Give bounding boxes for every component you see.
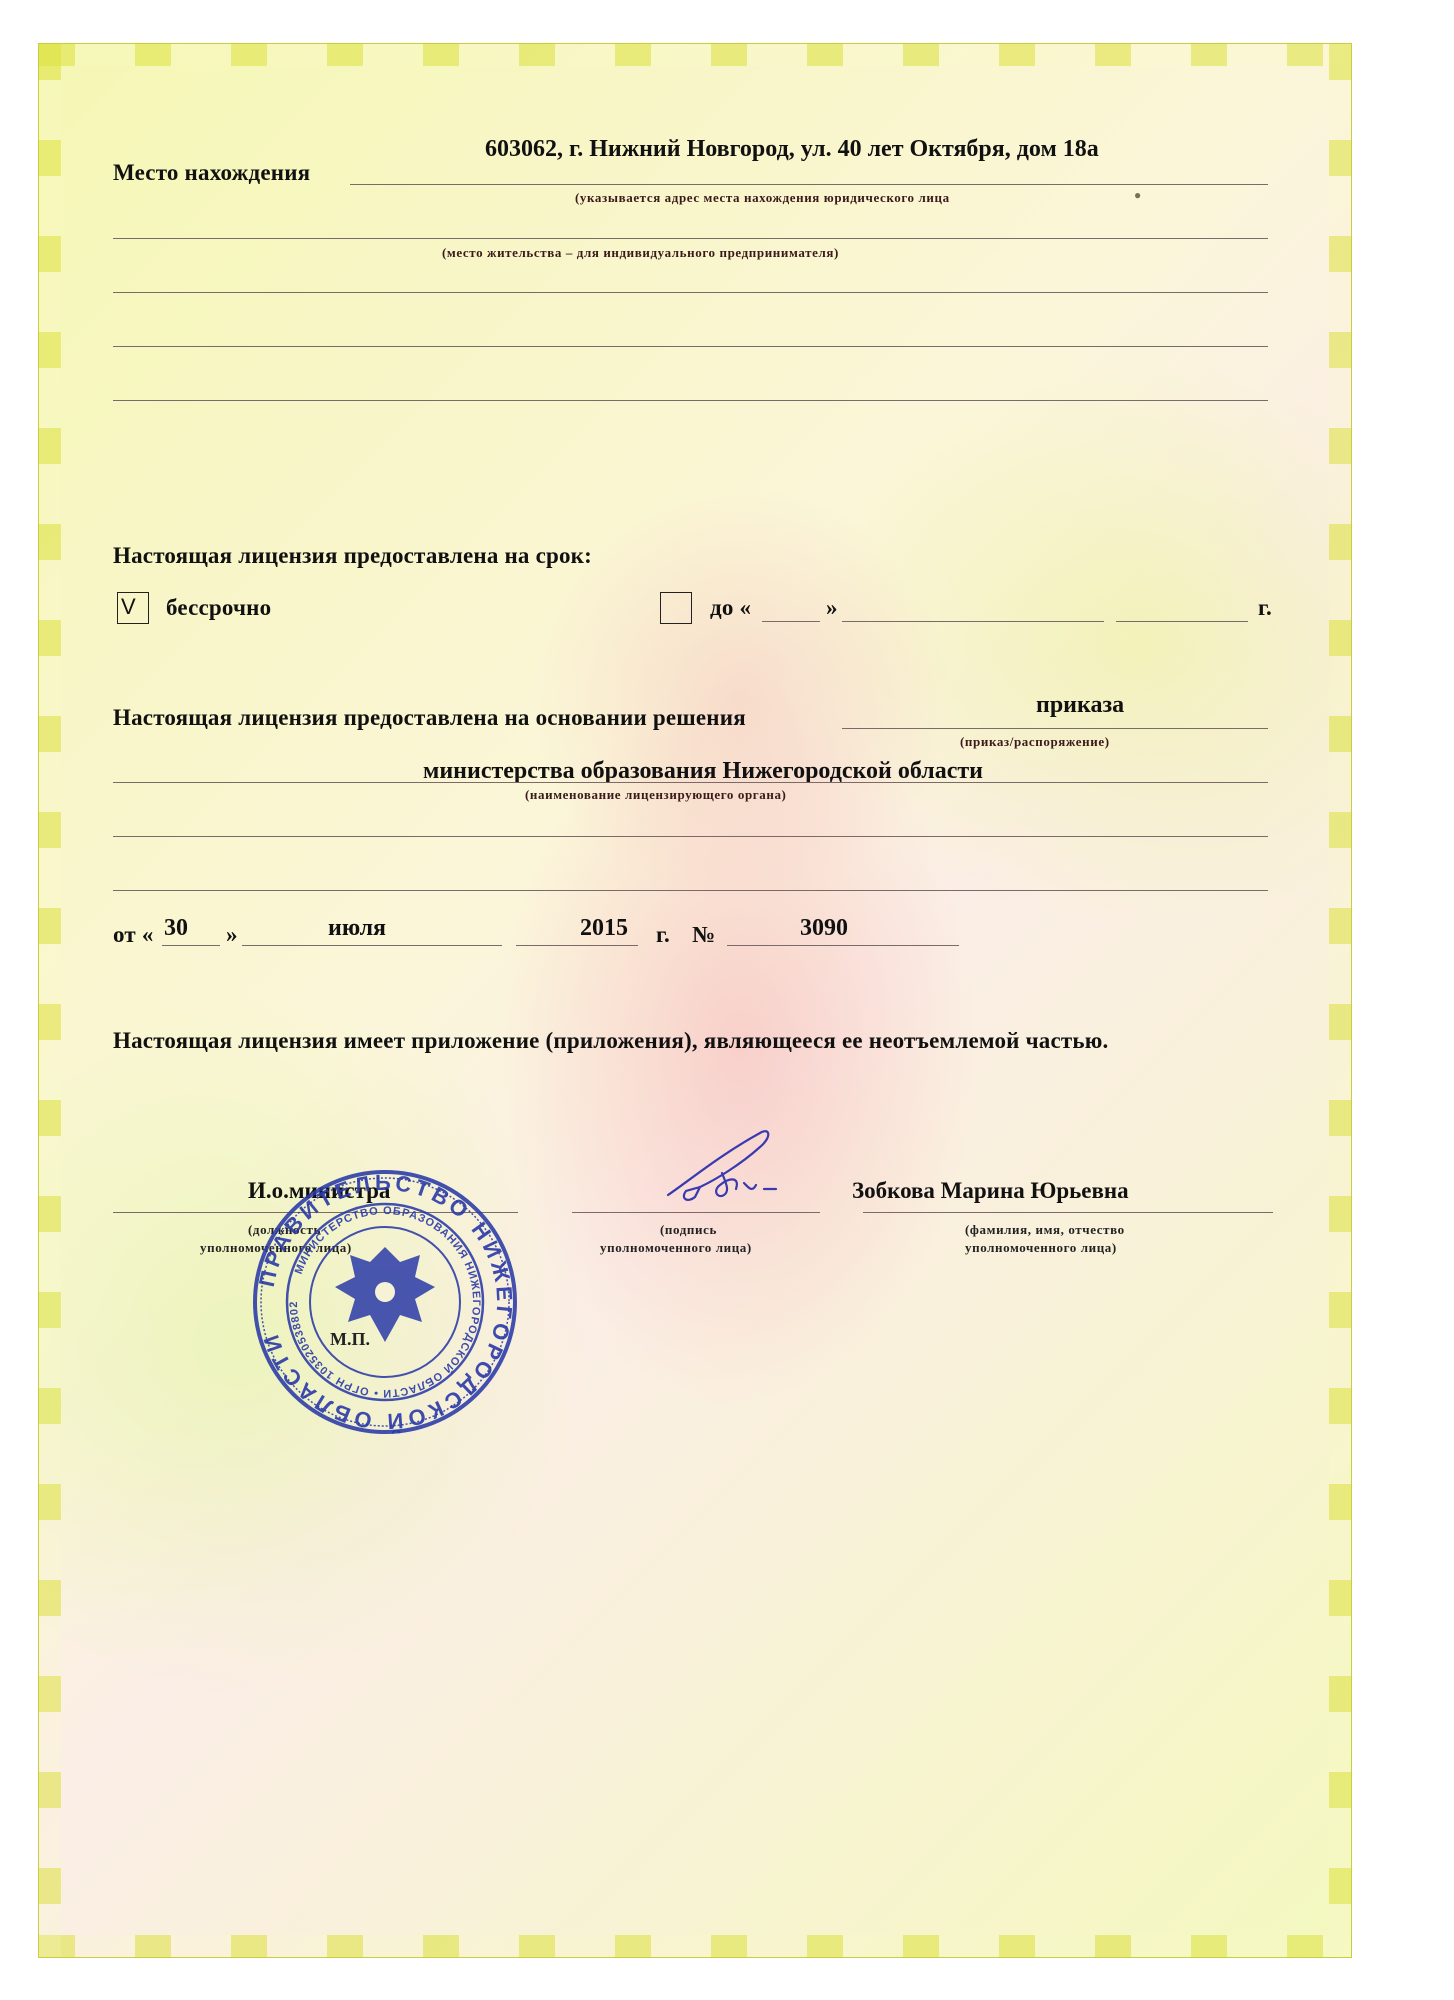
basis-decision-type: приказа (1036, 692, 1124, 719)
basis-decision-line (842, 728, 1268, 729)
order-year-suffix: г. (656, 922, 670, 948)
term-unlimited-label: бессрочно (166, 595, 271, 621)
signature-line (572, 1212, 820, 1213)
term-until-prefix: до « (710, 595, 751, 621)
order-quote-close: » (226, 922, 238, 948)
order-year-line (516, 945, 638, 946)
basis-line-3 (113, 836, 1268, 837)
term-until-checkbox[interactable] (660, 592, 692, 624)
name-hint-2: уполномоченного лица) (965, 1240, 1117, 1256)
term-until-year-line[interactable] (1116, 621, 1248, 622)
location-line-3 (113, 292, 1268, 293)
basis-authority-line (113, 782, 1268, 783)
order-month: июля (328, 915, 386, 942)
license-sheet (38, 43, 1352, 1958)
name-hint-1: (фамилия, имя, отчество (965, 1222, 1125, 1238)
term-until-month-line[interactable] (842, 621, 1104, 622)
order-day: 30 (164, 915, 188, 942)
decorative-border-right (1329, 44, 1351, 1957)
order-number-sign: № (692, 922, 715, 948)
location-value: 603062, г. Нижний Новгород, ул. 40 лет О… (485, 136, 1099, 163)
basis-decision-hint: (приказ/распоряжение) (960, 734, 1110, 750)
order-prefix: от « (113, 922, 154, 948)
signature-hint-2: уполномоченного лица) (600, 1240, 752, 1256)
location-hint-individual: (место жительства – для индивидуального … (442, 245, 839, 261)
handwritten-signature (660, 1125, 780, 1205)
location-line-5 (113, 400, 1268, 401)
order-day-line (162, 945, 220, 946)
name-line (863, 1212, 1273, 1213)
term-until-day-line[interactable] (762, 621, 820, 622)
order-year: 2015 (580, 915, 628, 942)
basis-authority: министерства образования Нижегородской о… (423, 758, 983, 785)
official-seal: ПРАВИТЕЛЬСТВО НИЖЕГОРОДСКОЙ ОБЛАСТИ МИНИ… (250, 1167, 520, 1437)
term-heading: Настоящая лицензия предоставлена на срок… (113, 543, 592, 569)
location-line-4 (113, 346, 1268, 347)
spot-mark: ● (1134, 188, 1141, 203)
basis-line-4 (113, 890, 1268, 891)
basis-authority-hint: (наименование лицензирующего органа) (525, 787, 787, 803)
svg-text:М.П.: М.П. (330, 1329, 370, 1349)
location-hint-legal: (указывается адрес места нахождения юрид… (575, 190, 950, 206)
appendix-note: Настоящая лицензия имеет приложение (при… (113, 1028, 1108, 1054)
location-line-2 (113, 238, 1268, 239)
signatory-name: Зобкова Марина Юрьевна (852, 1178, 1129, 1204)
location-line-1 (350, 184, 1268, 185)
term-until-quote-close: » (826, 595, 838, 621)
order-number: 3090 (800, 915, 848, 942)
order-month-line (242, 945, 502, 946)
decorative-border-bottom (39, 1935, 1351, 1957)
order-number-line (727, 945, 959, 946)
signature-hint-1: (подпись (660, 1222, 717, 1238)
basis-label: Настоящая лицензия предоставлена на осно… (113, 705, 746, 731)
term-unlimited-checkbox[interactable]: V (117, 592, 149, 624)
decorative-border-top (39, 44, 1351, 66)
location-label: Место нахождения (113, 160, 310, 186)
decorative-border-left (39, 44, 61, 1957)
term-until-year-suffix: г. (1258, 595, 1272, 621)
